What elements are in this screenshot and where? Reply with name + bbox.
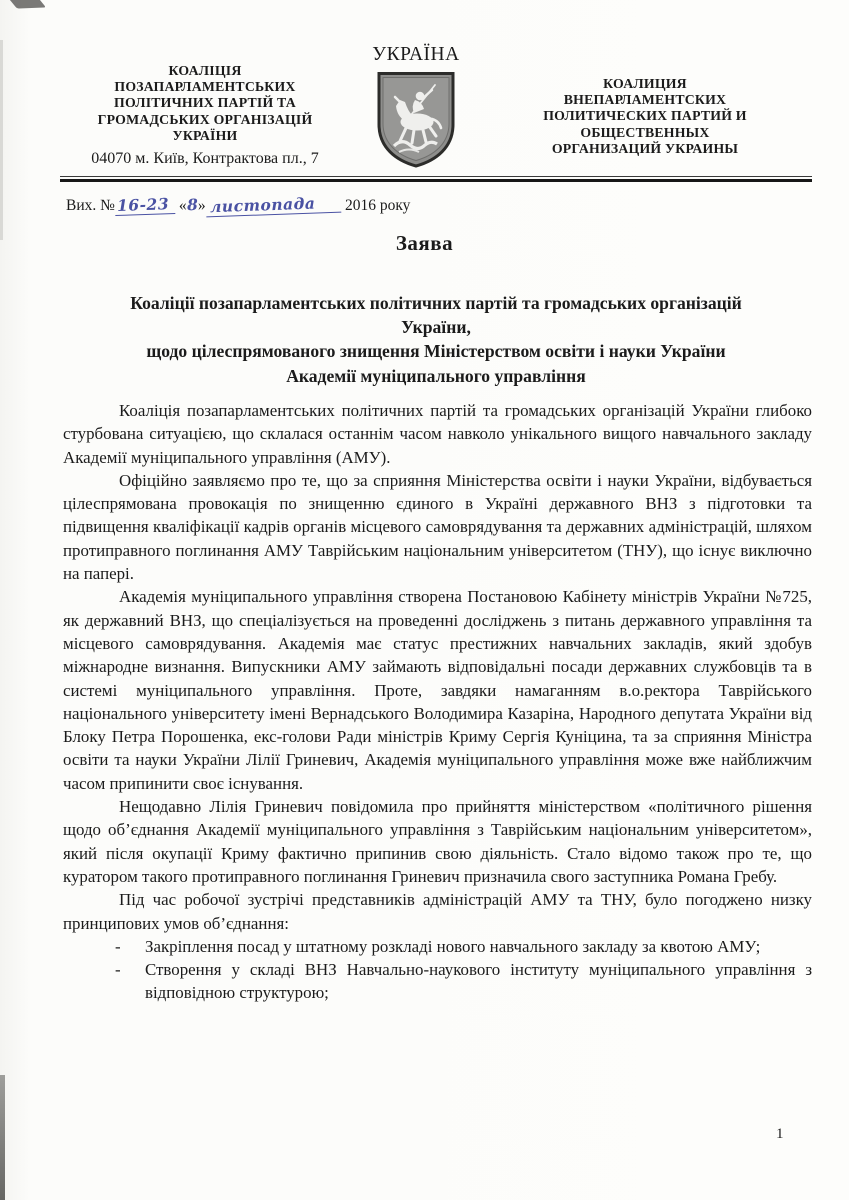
letterhead-right-block: КОАЛИЦИЯ ВНЕПАРЛАМЕНТСКИХ ПОЛИТИЧЕСКИХ П… bbox=[480, 76, 810, 157]
document-body: Коаліція позапарламентських політичних п… bbox=[63, 399, 812, 1005]
letterhead-rule-thin bbox=[60, 176, 812, 177]
handwritten-month: листопада bbox=[205, 193, 341, 218]
list-item-text: Створення у складі ВНЗ Навчально-науково… bbox=[145, 958, 812, 1005]
shield-horseman-icon bbox=[375, 70, 457, 170]
handwritten-outgoing-number: 16-23 bbox=[115, 194, 176, 216]
paragraph: Нещодавно Лілія Гриневич повідомила про … bbox=[63, 795, 812, 888]
scan-artifact-corner bbox=[8, 0, 46, 9]
paragraph: Під час робочої зустрічі представників а… bbox=[63, 888, 812, 935]
quote-open: « bbox=[179, 197, 187, 214]
list-item: - Створення у складі ВНЗ Навчально-науко… bbox=[63, 958, 812, 1005]
letterhead-left-block: КОАЛІЦІЯ ПОЗАПАРЛАМЕНТСЬКИХ ПОЛІТИЧНИХ П… bbox=[62, 63, 348, 168]
org-name-russian: КОАЛИЦИЯ ВНЕПАРЛАМЕНТСКИХ ПОЛИТИЧЕСКИХ П… bbox=[480, 76, 810, 157]
paragraph: Академія муніципального управління створ… bbox=[63, 585, 812, 795]
paragraph: Коаліція позапарламентських політичних п… bbox=[63, 399, 812, 469]
scan-artifact-edge bbox=[0, 1075, 5, 1200]
document-title: Заява bbox=[0, 231, 849, 256]
letterhead-rule bbox=[60, 179, 812, 182]
org-name-ukrainian: КОАЛІЦІЯ ПОЗАПАРЛАМЕНТСЬКИХ ПОЛІТИЧНИХ П… bbox=[62, 63, 348, 144]
list-item-marker: - bbox=[115, 935, 145, 958]
ref-year: 2016 року bbox=[345, 197, 410, 214]
handwritten-day: 8 bbox=[186, 195, 198, 214]
scanned-document-page: КОАЛІЦІЯ ПОЗАПАРЛАМЕНТСЬКИХ ПОЛІТИЧНИХ П… bbox=[0, 0, 849, 1200]
list-item-text: Закріплення посад у штатному розкладі но… bbox=[145, 935, 812, 958]
conditions-list: - Закріплення посад у штатному розкладі … bbox=[63, 935, 812, 1005]
document-subtitle: Коаліції позапарламентських політичних п… bbox=[60, 291, 812, 388]
country-label: УКРАЇНА bbox=[352, 44, 480, 66]
scan-artifact-edge-faint bbox=[0, 40, 3, 240]
list-item-marker: - bbox=[115, 958, 145, 1005]
quote-close: » bbox=[198, 197, 206, 214]
reference-line: Вих. №16-23 «8»листопада 2016 року bbox=[66, 195, 410, 215]
coat-of-arms-block: УКРАЇНА bbox=[352, 44, 480, 170]
paragraph: Офіційно заявляємо про те, що за сприянн… bbox=[63, 469, 812, 585]
org-address: 04070 м. Київ, Контрактова пл., 7 bbox=[62, 150, 348, 168]
list-item: - Закріплення посад у штатному розкладі … bbox=[63, 935, 812, 958]
page-number: 1 bbox=[776, 1126, 784, 1143]
ref-prefix: Вих. № bbox=[66, 197, 115, 214]
